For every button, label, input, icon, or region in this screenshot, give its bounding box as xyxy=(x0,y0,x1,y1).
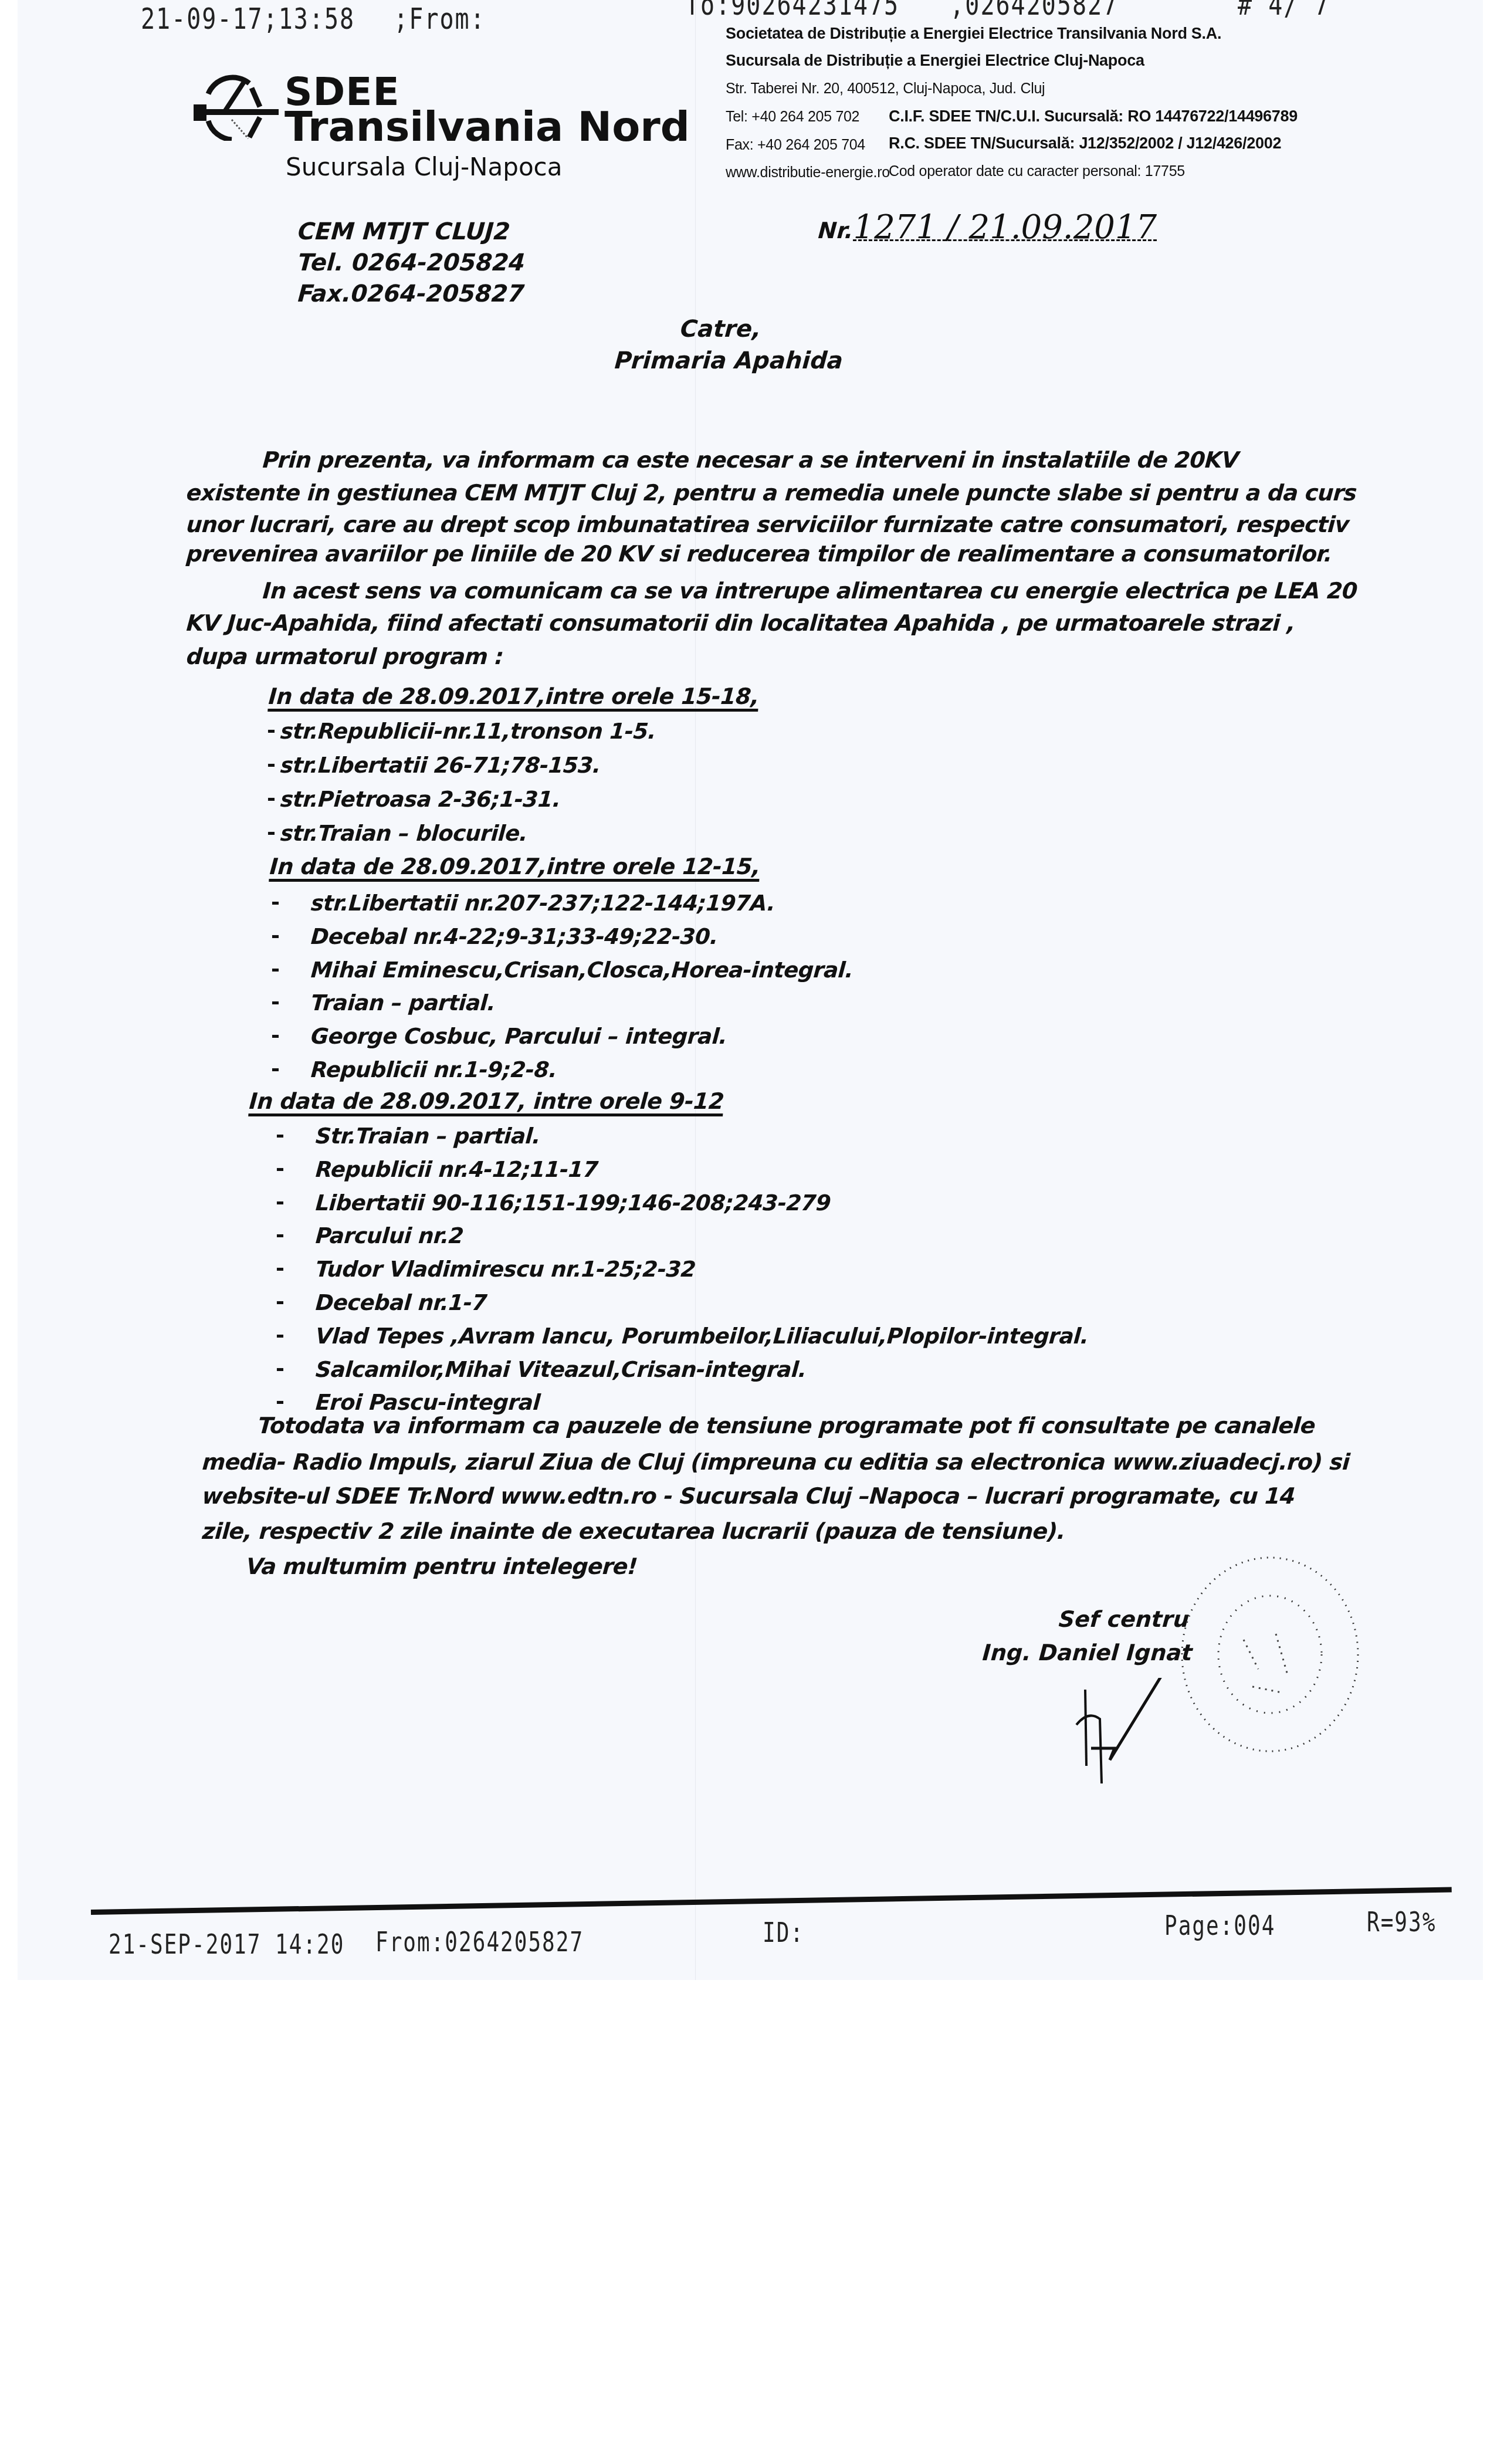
sender-unit: CEM MTJT CLUJ2 xyxy=(297,218,511,245)
street-item: Str.Traian – partial. xyxy=(314,1123,541,1149)
reference-handwritten: 1271 / 21.09.2017 xyxy=(854,208,1157,246)
street-item: str.Pietroasa 2-36;1-31. xyxy=(279,787,561,812)
fax-to-number: To:90264231475 xyxy=(685,0,899,22)
bullet-dash: - xyxy=(276,1357,285,1381)
intro-line: existente in gestiunea CEM MTJT Cluj 2, … xyxy=(185,480,1357,506)
branch-name: Sucursala de Distribuție a Energiei Elec… xyxy=(726,52,1144,70)
brand-name-region: Transilvania Nord xyxy=(285,103,690,151)
street-item: Traian – partial. xyxy=(310,990,496,1016)
street-item: Eroi Pascu-integral xyxy=(314,1390,541,1415)
closing-line: media- Radio Impuls, ziarul Ziua de Cluj… xyxy=(201,1449,1350,1475)
scan-fold-line xyxy=(695,0,696,1980)
bullet-dash: - xyxy=(271,1024,280,1048)
recipient-label: Catre, xyxy=(679,316,762,343)
fax-recipient: To:90264231475 ,0264205827 xyxy=(685,0,1118,22)
fax-footer-from: From:0264205827 xyxy=(375,1927,584,1958)
intro-line: In acest sens va comunicam ca se va intr… xyxy=(262,578,1358,604)
company-website[interactable]: www.distributie-energie.ro xyxy=(726,164,890,181)
street-item: Republicii nr.1-9;2-8. xyxy=(310,1057,557,1082)
company-name: Societatea de Distribuție a Energiei Ele… xyxy=(726,25,1221,43)
fax-sent-time: 21-09-17;13:58 ;From: xyxy=(141,2,486,36)
reference-number: Nr.1271 / 21.09.2017 xyxy=(818,208,1157,246)
company-rc: R.C. SDEE TN/Sucursală: J12/352/2002 / J… xyxy=(889,134,1281,153)
street-item: str.Republicii-nr.11,tronson 1-5. xyxy=(279,719,656,744)
fax-footer-page: Page:004 xyxy=(1164,1910,1275,1941)
bullet-dash: - xyxy=(271,1057,280,1081)
fax-footer-id: ID: xyxy=(763,1917,804,1948)
street-item: Republicii nr.4-12;11-17 xyxy=(314,1157,598,1182)
street-item: Decebal nr.1-7 xyxy=(314,1290,487,1315)
round-stamp-icon xyxy=(1170,1552,1364,1757)
bullet-dash: - xyxy=(271,957,280,981)
bullet-dash: - xyxy=(276,1257,285,1281)
fax-sent-datetime: 21-09-17;13:58 xyxy=(141,2,355,36)
operator-code: Cod operator date cu caracter personal: … xyxy=(889,163,1185,180)
handwritten-signature-icon xyxy=(1073,1678,1191,1783)
street-item: Parcului nr.2 xyxy=(314,1223,464,1248)
bullet-dash: - xyxy=(267,753,276,777)
signatory-name: Ing. Daniel Ignat xyxy=(981,1640,1193,1666)
brand-branch: Sucursala Cluj-Napoca xyxy=(286,153,562,181)
bullet-dash: - xyxy=(267,787,276,811)
company-cif: C.I.F. SDEE TN/C.U.I. Sucursală: RO 1447… xyxy=(889,107,1298,126)
fax-footer-ratio: R=93% xyxy=(1367,1907,1436,1938)
company-fax: Fax: +40 264 205 704 xyxy=(726,137,865,154)
street-item: str.Libertatii nr.207-237;122-144;197A. xyxy=(310,891,775,916)
bullet-dash: - xyxy=(271,891,280,915)
street-item: Tudor Vladimirescu nr.1-25;2-32 xyxy=(314,1257,696,1282)
bullet-dash: - xyxy=(267,719,276,743)
sdee-logo-icon xyxy=(191,70,279,141)
intro-line: Prin prezenta, va informam ca este neces… xyxy=(262,447,1239,473)
closing-line: website-ul SDEE Tr.Nord www.edtn.ro - Su… xyxy=(201,1483,1296,1509)
intro-line: prevenirea avariilor pe liniile de 20 KV… xyxy=(185,541,1333,567)
fax-from-label: ;From: xyxy=(394,2,486,36)
street-item: Decebal nr.4-22;9-31;33-49;22-30. xyxy=(310,924,719,949)
fax-page-marker: # 4/ 7 xyxy=(1238,0,1330,22)
bullet-dash: - xyxy=(276,1157,285,1181)
street-item: Vlad Tepes ,Avram Iancu, Porumbeilor,Lil… xyxy=(314,1324,1089,1349)
bullet-dash: - xyxy=(276,1390,285,1414)
street-item: Mihai Eminescu,Crisan,Closca,Horea-integ… xyxy=(310,957,854,983)
closing-line: zile, respectiv 2 zile inainte de execut… xyxy=(201,1518,1066,1544)
closing-line: Totodata va informam ca pauzele de tensi… xyxy=(257,1413,1316,1439)
bullet-dash: - xyxy=(276,1123,285,1148)
bullet-dash: - xyxy=(276,1190,285,1214)
bullet-dash: - xyxy=(267,821,276,845)
fax-to-secondary: ,0264205827 xyxy=(950,0,1118,22)
intro-line: KV Juc-Apahida, fiind afectati consumato… xyxy=(185,610,1296,636)
company-address: Str. Taberei Nr. 20, 400512, Cluj-Napoca… xyxy=(726,80,1045,97)
recipient-name: Primaria Apahida xyxy=(614,347,844,374)
bullet-dash: - xyxy=(271,990,280,1014)
bullet-dash: - xyxy=(276,1324,285,1348)
sender-tel: Tel. 0264-205824 xyxy=(297,249,526,276)
street-item: str.Libertatii 26-71;78-153. xyxy=(279,753,601,778)
street-item: Libertatii 90-116;151-199;146-208;243-27… xyxy=(314,1190,831,1216)
street-item: Salcamilor,Mihai Viteazul,Crisan-integra… xyxy=(314,1357,807,1382)
intro-line: dupa urmatorul program : xyxy=(185,644,504,669)
street-item: George Cosbuc, Parcului – integral. xyxy=(310,1024,727,1049)
bullet-dash: - xyxy=(271,924,280,948)
closing-line: Va multumim pentru intelegere! xyxy=(245,1553,638,1579)
intro-line: unor lucrari, care au drept scop imbunat… xyxy=(185,512,1350,537)
schedule-heading: In data de 28.09.2017,intre orele 12-15, xyxy=(269,854,761,879)
bullet-dash: - xyxy=(276,1223,285,1247)
reference-label: Nr. xyxy=(817,218,854,243)
company-tel: Tel: +40 264 205 702 xyxy=(726,109,859,126)
sender-fax: Fax.0264-205827 xyxy=(297,280,525,307)
fax-footer-datetime: 21-SEP-2017 14:20 xyxy=(109,1929,344,1960)
schedule-heading: In data de 28.09.2017,intre orele 15-18, xyxy=(267,683,760,709)
street-item: str.Traian – blocurile. xyxy=(279,821,528,846)
schedule-heading: In data de 28.09.2017, intre orele 9-12 xyxy=(248,1088,724,1114)
bullet-dash: - xyxy=(276,1290,285,1314)
